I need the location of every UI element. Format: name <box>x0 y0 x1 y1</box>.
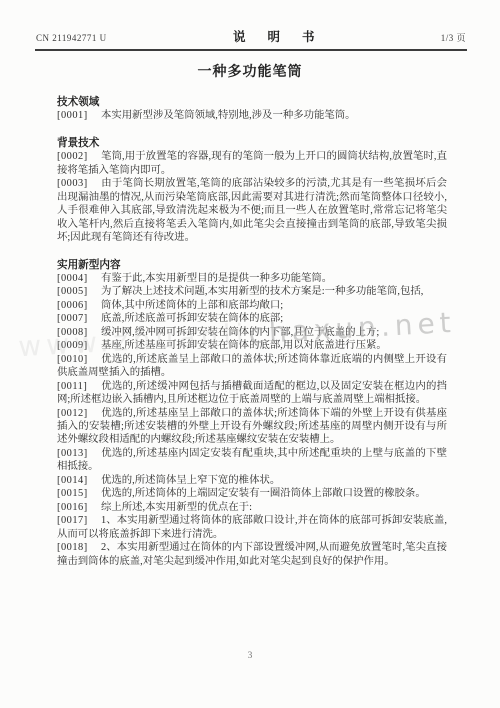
document-number: CN 211942771 U <box>36 33 107 43</box>
section-paragraphs: [0004]有鉴于此,本实用新型目的是提供一种多功能笔筒。 [0005]为了解决… <box>57 272 447 568</box>
paragraph-number: [0017] <box>57 514 88 527</box>
paragraph-number: [0013] <box>57 447 88 460</box>
paragraph-number: [0003] <box>57 177 88 190</box>
document-section: 技术领域 [0001]本实用新型涉及笔筒领域,特别地,涉及一种多功能笔筒。 <box>57 96 447 123</box>
paragraph-text: 优选的,所述基座内固定安装有配重块,其中所述配重块的上壁与底盖的下壁相抵接。 <box>57 448 447 472</box>
document-type-title: 说明书 <box>211 27 337 45</box>
page-number-footer: 3 <box>0 651 500 661</box>
paragraph: [0013]优选的,所述基座内固定安装有配重块,其中所述配重块的上壁与底盖的下壁… <box>57 447 447 474</box>
section-heading: 背景技术 <box>57 137 447 150</box>
paragraph: [0017]1、本实用新型通过将筒体的底部敞口设计,并在筒体的底部可拆卸安装底盖… <box>57 514 447 541</box>
document-section: 实用新型内容 [0004]有鉴于此,本实用新型目的是提供一种多功能笔筒。 [00… <box>57 259 447 568</box>
paragraph-number: [0005] <box>57 285 88 298</box>
section-paragraphs: [0001]本实用新型涉及笔筒领域,特别地,涉及一种多功能笔筒。 <box>57 109 447 122</box>
paragraph: [0004]有鉴于此,本实用新型目的是提供一种多功能笔筒。 <box>57 272 447 285</box>
paragraph-text: 由于笔筒长期放置笔,笔筒的底部沾染较多的污渍,尤其是有一些笔损坏后会出现漏油墨的… <box>57 178 447 243</box>
paragraph-text: 优选的,所述筒体的上端固定安装有一圈沿筒体上部敞口设置的橡胶条。 <box>101 488 426 499</box>
paragraph-text: 本实用新型涉及笔筒领域,特别地,涉及一种多功能笔筒。 <box>101 110 356 121</box>
paragraph-text: 优选的,所述底盖呈上部敞口的盖体状;所述筒体靠近底端的内侧壁上开设有供底盖周壁插… <box>57 354 447 378</box>
paragraph: [0007]底盖,所述底盖可拆卸安装在筒体的底部; <box>57 312 447 325</box>
paragraph-text: 2、本实用新型通过在筒体的内下部设置缓冲网,从而避免放置笔时,笔尖直接撞击到筒体… <box>57 542 447 566</box>
paragraph-text: 优选的,所述筒体呈上窄下宽的椎体状。 <box>101 475 280 486</box>
paragraph: [0010]优选的,所述底盖呈上部敞口的盖体状;所述筒体靠近底端的内侧壁上开设有… <box>57 353 447 380</box>
paragraph-number: [0004] <box>57 272 88 285</box>
section-heading: 实用新型内容 <box>57 259 447 272</box>
page-header: CN 211942771 U 说明书 1/3 页 <box>36 27 466 45</box>
paragraph: [0008]缓冲网,缓冲网可拆卸安装在筒体的内下部,且位于底盖的上方; <box>57 326 447 339</box>
header-divider <box>35 49 467 51</box>
paragraph-number: [0008] <box>57 326 88 339</box>
paragraph-number: [0009] <box>57 339 88 352</box>
section-paragraphs: [0002]笔筒,用于放置笔的容器,现有的笔筒一般为上开口的圆筒状结构,放置笔时… <box>57 150 447 244</box>
paragraph: [0001]本实用新型涉及笔筒领域,特别地,涉及一种多功能笔筒。 <box>57 109 447 122</box>
page-indicator: 1/3 页 <box>441 31 466 44</box>
paragraph-text: 缓冲网,缓冲网可拆卸安装在筒体的内下部,且位于底盖的上方; <box>101 327 379 338</box>
paragraph-number: [0007] <box>57 312 88 325</box>
paragraph: [0012]优选的,所述基座呈上部敞口的盖体状;所述筒体下端的外壁上开设有供基座… <box>57 407 447 447</box>
paragraph: [0009]基座,所述基座可拆卸安装在筒体的底部,用以对底盖进行压紧。 <box>57 339 447 352</box>
document-body: 技术领域 [0001]本实用新型涉及笔筒领域,特别地,涉及一种多功能笔筒。 背景… <box>57 90 447 568</box>
paragraph-text: 为了解决上述技术问题,本实用新型的技术方案是:一种多功能笔筒,包括, <box>101 286 423 297</box>
paragraph: [0002]笔筒,用于放置笔的容器,现有的笔筒一般为上开口的圆筒状结构,放置笔时… <box>57 150 447 177</box>
paragraph-number: [0001] <box>57 109 88 122</box>
paragraph-number: [0015] <box>57 487 88 500</box>
paragraph-number: [0002] <box>57 150 88 163</box>
paragraph-number: [0018] <box>57 541 88 554</box>
paragraph: [0011]优选的,所述缓冲网包括与插槽截面适配的框边,以及固定安装在框边内的挡… <box>57 380 447 407</box>
paragraph-number: [0014] <box>57 474 88 487</box>
paragraph-number: [0010] <box>57 353 88 366</box>
paragraph: [0014]优选的,所述筒体呈上窄下宽的椎体状。 <box>57 474 447 487</box>
paragraph: [0006]筒体,其中所述筒体的上部和底部均敞口; <box>57 299 447 312</box>
patent-document-page: CN 211942771 U 说明书 1/3 页 一种多功能笔筒 技术领域 [0… <box>0 0 500 708</box>
paragraph: [0005]为了解决上述技术问题,本实用新型的技术方案是:一种多功能笔筒,包括, <box>57 285 447 298</box>
paragraph: [0015]优选的,所述筒体的上端固定安装有一圈沿筒体上部敞口设置的橡胶条。 <box>57 487 447 500</box>
paragraph-text: 底盖,所述底盖可拆卸安装在筒体的底部; <box>101 313 283 324</box>
paragraph-number: [0012] <box>57 407 88 420</box>
section-heading: 技术领域 <box>57 96 447 109</box>
paragraph: [0016]综上所述,本实用新型的优点在于: <box>57 501 447 514</box>
paragraph-number: [0016] <box>57 501 88 514</box>
paragraph-text: 优选的,所述基座呈上部敞口的盖体状;所述筒体下端的外壁上开设有供基座插入的安装槽… <box>57 408 447 446</box>
paragraph-text: 笔筒,用于放置笔的容器,现有的笔筒一般为上开口的圆筒状结构,放置笔时,直接将笔插… <box>57 151 447 175</box>
document-title: 一种多功能笔筒 <box>0 61 500 81</box>
paragraph: [0018]2、本实用新型通过在筒体的内下部设置缓冲网,从而避免放置笔时,笔尖直… <box>57 541 447 568</box>
paragraph-text: 优选的,所述缓冲网包括与插槽截面适配的框边,以及固定安装在框边内的挡网;所述框边… <box>57 381 447 405</box>
paragraph-text: 综上所述,本实用新型的优点在于: <box>101 502 252 513</box>
paragraph-text: 有鉴于此,本实用新型目的是提供一种多功能笔筒。 <box>101 273 332 284</box>
document-section: 背景技术 [0002]笔筒,用于放置笔的容器,现有的笔筒一般为上开口的圆筒状结构… <box>57 137 447 245</box>
paragraph: [0003]由于笔筒长期放置笔,笔筒的底部沾染较多的污渍,尤其是有一些笔损坏后会… <box>57 177 447 244</box>
paragraph-text: 基座,所述基座可拆卸安装在筒体的底部,用以对底盖进行压紧。 <box>101 340 387 351</box>
paragraph-number: [0011] <box>57 380 88 393</box>
paragraph-text: 1、本实用新型通过将筒体的底部敞口设计,并在筒体的底部可拆卸安装底盖,从而可以将… <box>57 515 447 539</box>
paragraph-text: 筒体,其中所述筒体的上部和底部均敞口; <box>101 300 283 311</box>
paragraph-number: [0006] <box>57 299 88 312</box>
